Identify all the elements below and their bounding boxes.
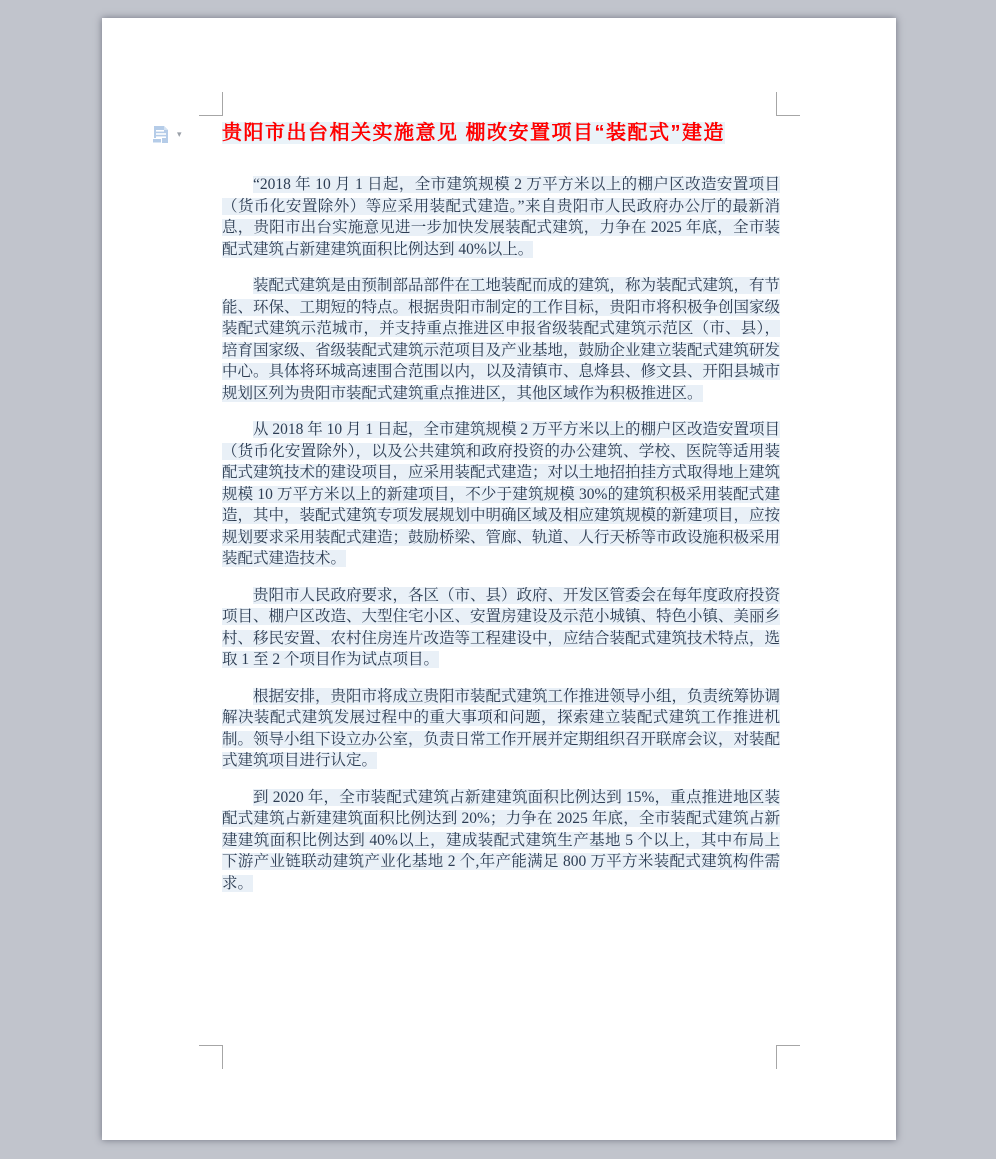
- document-viewer-canvas: ▾ 贵阳市出台相关实施意见 棚改安置项目“装配式”建造 “2018 年 10 月…: [0, 0, 996, 1159]
- margin-crop-mark-bottom-left: [199, 1045, 223, 1069]
- margin-crop-mark-bottom-right: [776, 1045, 800, 1069]
- article-paragraph-2: 装配式建筑是由预制部品部件在工地装配而成的建筑，称为装配式建筑，有节能、环保、工…: [222, 275, 780, 404]
- article-title: 贵阳市出台相关实施意见 棚改安置项目“装配式”建造: [222, 121, 780, 146]
- paragraph-text: 贵阳市人民政府要求，各区（市、县）政府、开发区管委会在每年度政府投资项目、棚户区…: [222, 587, 780, 669]
- margin-crop-mark-top-left: [199, 92, 223, 116]
- paragraph-text: 到 2020 年，全市装配式建筑占新建建筑面积比例达到 15%，重点推进地区装配…: [222, 789, 780, 892]
- document-icon[interactable]: [152, 125, 170, 146]
- article-paragraph-5: 根据安排，贵阳市将成立贵阳市装配式建筑工作推进领导小组，负责统筹协调解决装配式建…: [222, 686, 780, 772]
- paragraph-text: 根据安排，贵阳市将成立贵阳市装配式建筑工作推进领导小组，负责统筹协调解决装配式建…: [222, 688, 780, 770]
- article-paragraph-3: 从 2018 年 10 月 1 日起，全市建筑规模 2 万平方米以上的棚户区改造…: [222, 419, 780, 570]
- paragraph-text: 装配式建筑是由预制部品部件在工地装配而成的建筑，称为装配式建筑，有节能、环保、工…: [222, 277, 780, 402]
- article-title-text: 贵阳市出台相关实施意见 棚改安置项目“装配式”建造: [222, 122, 725, 144]
- paragraph-options-widget[interactable]: ▾: [152, 125, 182, 146]
- article-paragraph-1: “2018 年 10 月 1 日起，全市建筑规模 2 万平方米以上的棚户区改造安…: [222, 174, 780, 260]
- paragraph-text: “2018 年 10 月 1 日起，全市建筑规模 2 万平方米以上的棚户区改造安…: [222, 176, 780, 258]
- margin-crop-mark-top-right: [776, 92, 800, 116]
- document-page: ▾ 贵阳市出台相关实施意见 棚改安置项目“装配式”建造 “2018 年 10 月…: [102, 18, 896, 1140]
- article-paragraph-6: 到 2020 年，全市装配式建筑占新建建筑面积比例达到 15%，重点推进地区装配…: [222, 787, 780, 895]
- article-paragraph-4: 贵阳市人民政府要求，各区（市、县）政府、开发区管委会在每年度政府投资项目、棚户区…: [222, 585, 780, 671]
- article-body: 贵阳市出台相关实施意见 棚改安置项目“装配式”建造 “2018 年 10 月 1…: [222, 121, 780, 909]
- dropdown-arrow-icon[interactable]: ▾: [177, 131, 182, 140]
- paragraph-text: 从 2018 年 10 月 1 日起，全市建筑规模 2 万平方米以上的棚户区改造…: [222, 421, 780, 567]
